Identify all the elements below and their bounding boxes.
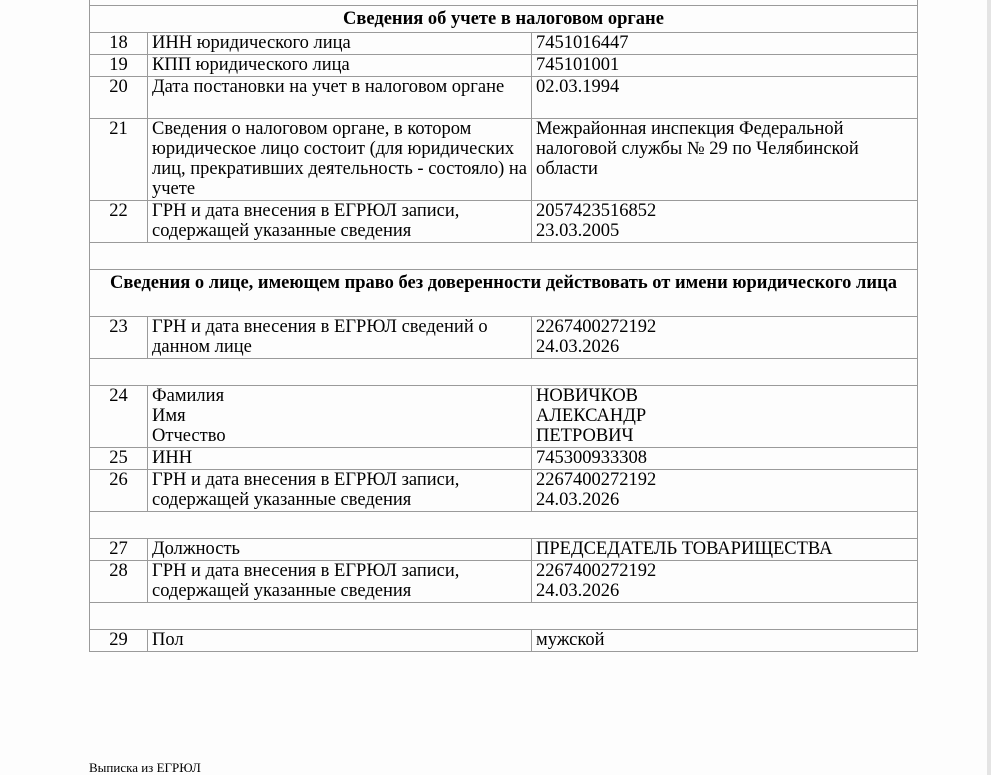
empty-cell [90, 603, 918, 630]
scrollbar-track[interactable] [987, 0, 991, 775]
empty-cell [90, 243, 918, 270]
blank-row [90, 359, 918, 386]
row-value: 02.03.1994 [532, 77, 918, 119]
row-value: 2057423516852 23.03.2005 [532, 201, 918, 243]
row-number: 27 [90, 539, 148, 561]
blank-row [90, 603, 918, 630]
row-label: Дата постановки на учет в налоговом орга… [148, 77, 532, 119]
row-label: ГРН и дата внесения в ЕГРЮЛ сведений о д… [148, 317, 532, 359]
empty-cell [90, 359, 918, 386]
surname-value: НОВИЧКОВ [536, 386, 913, 406]
row-label: ИНН юридического лица [148, 33, 532, 55]
row-label: ИНН [148, 448, 532, 470]
row-value: мужской [532, 630, 918, 652]
grn-date: 24.03.2026 [536, 490, 913, 510]
grn-number: 2267400272192 [536, 561, 913, 581]
table-row: 27 Должность ПРЕДСЕДАТЕЛЬ ТОВАРИЩЕСТВА [90, 539, 918, 561]
table-row: 26 ГРН и дата внесения в ЕГРЮЛ записи, с… [90, 470, 918, 512]
document-page: Сведения об учете в налоговом органе 18 … [0, 0, 987, 775]
row-value: 2267400272192 24.03.2026 [532, 470, 918, 512]
row-number: 24 [90, 386, 148, 448]
row-number: 21 [90, 119, 148, 201]
surname-label: Фамилия [152, 386, 527, 406]
row-number: 28 [90, 561, 148, 603]
row-label: КПП юридического лица [148, 55, 532, 77]
grn-date: 24.03.2026 [536, 337, 913, 357]
blank-row [90, 512, 918, 539]
row-label: Пол [148, 630, 532, 652]
table-row: 28 ГРН и дата внесения в ЕГРЮЛ записи, с… [90, 561, 918, 603]
row-value: 2267400272192 24.03.2026 [532, 561, 918, 603]
grn-date: 23.03.2005 [536, 221, 913, 241]
patronymic-label: Отчество [152, 426, 527, 446]
grn-date: 24.03.2026 [536, 581, 913, 601]
row-value: 745300933308 [532, 448, 918, 470]
page-footer: Выписка из ЕГРЮЛ [89, 760, 201, 775]
row-label: ГРН и дата внесения в ЕГРЮЛ записи, соде… [148, 561, 532, 603]
section-title: Сведения об учете в налоговом органе [90, 6, 918, 33]
table-row: 24 Фамилия Имя Отчество НОВИЧКОВ АЛЕКСАН… [90, 386, 918, 448]
row-value: ПРЕДСЕДАТЕЛЬ ТОВАРИЩЕСТВА [532, 539, 918, 561]
grn-number: 2267400272192 [536, 470, 913, 490]
table-row: 20 Дата постановки на учет в налоговом о… [90, 77, 918, 119]
table-row: 22 ГРН и дата внесения в ЕГРЮЛ записи, с… [90, 201, 918, 243]
section-title: Сведения о лице, имеющем право без довер… [90, 270, 918, 317]
patronymic-value: ПЕТРОВИЧ [536, 426, 913, 446]
row-label: ГРН и дата внесения в ЕГРЮЛ записи, соде… [148, 470, 532, 512]
row-number: 22 [90, 201, 148, 243]
table-row: 29 Пол мужской [90, 630, 918, 652]
row-number: 18 [90, 33, 148, 55]
grn-number: 2057423516852 [536, 201, 913, 221]
row-value: 2267400272192 24.03.2026 [532, 317, 918, 359]
row-label: Сведения о налоговом органе, в котором ю… [148, 119, 532, 201]
row-number: 29 [90, 630, 148, 652]
table-row: 21 Сведения о налоговом органе, в которо… [90, 119, 918, 201]
table-row: 23 ГРН и дата внесения в ЕГРЮЛ сведений … [90, 317, 918, 359]
empty-cell [90, 512, 918, 539]
row-label: Должность [148, 539, 532, 561]
row-value: НОВИЧКОВ АЛЕКСАНДР ПЕТРОВИЧ [532, 386, 918, 448]
grn-number: 2267400272192 [536, 317, 913, 337]
first-name-value: АЛЕКСАНДР [536, 406, 913, 426]
table-row: 25 ИНН 745300933308 [90, 448, 918, 470]
row-number: 19 [90, 55, 148, 77]
row-label: Фамилия Имя Отчество [148, 386, 532, 448]
row-label: ГРН и дата внесения в ЕГРЮЛ записи, соде… [148, 201, 532, 243]
row-number: 23 [90, 317, 148, 359]
table-row: 18 ИНН юридического лица 7451016447 [90, 33, 918, 55]
row-number: 26 [90, 470, 148, 512]
table-row: 19 КПП юридического лица 745101001 [90, 55, 918, 77]
row-value: 7451016447 [532, 33, 918, 55]
blank-row [90, 243, 918, 270]
section-header-representative: Сведения о лице, имеющем право без довер… [90, 270, 918, 317]
row-value: 745101001 [532, 55, 918, 77]
section-header-tax: Сведения об учете в налоговом органе [90, 6, 918, 33]
row-value: Межрайонная инспекция Федеральной налого… [532, 119, 918, 201]
first-name-label: Имя [152, 406, 527, 426]
row-number: 20 [90, 77, 148, 119]
egrul-table: Сведения об учете в налоговом органе 18 … [89, 0, 918, 652]
row-number: 25 [90, 448, 148, 470]
